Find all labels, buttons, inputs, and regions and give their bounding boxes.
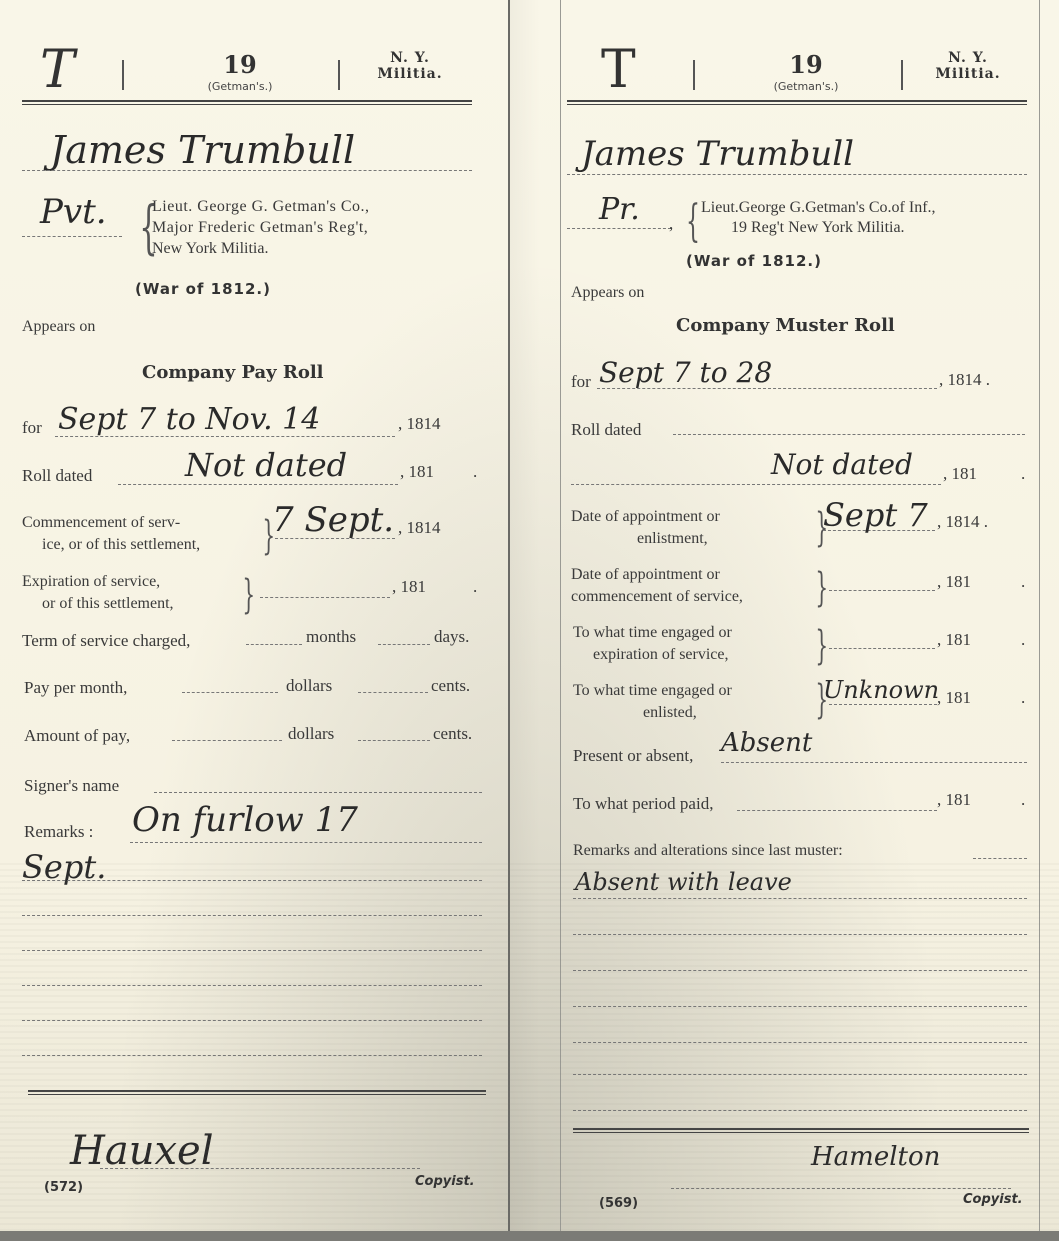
for-year: , 1814 . [939,370,990,390]
unit-line: Lieut.George G.Getman's Co.of Inf., [701,199,936,217]
state-militia: N. Y. Militia. [903,50,1033,82]
amount-dollars-line [172,740,282,741]
unit-line: 19 Reg't New York Militia. [731,219,905,237]
index-initial: T [601,40,636,100]
term-label: Term of service charged, [22,631,190,651]
remarks-line [573,1074,1027,1075]
regiment-name: (Getman's.) [726,80,886,93]
commencement-year: , 1814 [398,518,441,538]
for-label: for [22,418,42,438]
brace: } [242,575,255,615]
amount-label: Amount of pay, [24,726,130,746]
roll-dated-value: Not dated [185,446,347,484]
period-paid-year: , 181 [937,790,971,810]
remarks-line [573,1042,1027,1043]
remarks-line [22,950,482,951]
header-divider [693,60,695,90]
expiration-label: expiration of service, [593,646,729,664]
muster-roll-card: T 19 (Getman's.) N. Y. Militia. James Tr… [560,0,1040,1241]
form-number: (572) [44,1180,83,1195]
name-line [22,170,472,171]
card-gutter [510,0,560,1241]
comma: , [669,214,673,234]
expiration-year: , 181 [937,630,971,650]
period: . [473,577,477,597]
pay-per-month-label: Pay per month, [24,678,127,698]
footer-rule [573,1128,1029,1133]
roll-dated-line [571,484,941,485]
remarks-line [573,1110,1027,1111]
remarks-label: Remarks and alterations since last muste… [573,842,843,860]
cents-label: cents. [431,676,470,696]
period: . [1021,790,1025,810]
appointment-year: , 1814 . [937,512,988,532]
rank-line [22,236,122,237]
war-label: (War of 1812.) [686,252,822,270]
months-label: months [306,627,356,647]
months-line [246,644,302,645]
roll-dated-label: Roll dated [571,420,641,440]
regiment-name: (Getman's.) [160,80,320,93]
for-year: , 1814 [398,414,441,434]
brace: } [815,626,828,666]
for-value: Sept 7 to Nov. 14 [58,402,320,437]
roll-dated-year: , 181 [400,462,434,482]
appears-on-label: Appears on [571,284,644,302]
roll-dated-label: Roll dated [22,466,92,486]
for-value: Sept 7 to 28 [599,356,772,389]
appointment-value: Sept 7 [823,496,928,534]
pay-roll-card: T 19 (Getman's.) N. Y. Militia. James Tr… [0,0,510,1241]
dollars-label: dollars [288,724,334,744]
war-label: (War of 1812.) [135,280,271,298]
roll-title: Company Muster Roll [676,315,895,336]
footer-rule [28,1090,486,1095]
form-number: (569) [599,1196,638,1211]
copyist-label: Copyist. [963,1192,1023,1207]
remarks-value: On furlow 17 [132,800,358,840]
copyist-signature: Hamelton [811,1142,940,1172]
pay-dollars-line [182,692,278,693]
dollars-label: dollars [286,676,332,696]
remarks-label: Remarks : [24,822,93,842]
remarks-line [130,842,482,843]
present-absent-line [721,762,1027,763]
enlisted-value: Unknown [823,676,939,704]
roll-title: Company Pay Roll [142,362,324,383]
days-label: days. [434,627,469,647]
period: . [1021,464,1025,484]
commencement-value: 7 Sept. [272,500,394,540]
commencement-label: Commencement of serv- [22,514,180,532]
pay-cents-line [358,692,428,693]
regiment-number: 19 [726,50,886,79]
remarks-line [22,880,482,881]
header-divider [338,60,340,90]
amount-cents-line [358,740,430,741]
cents-label: cents. [433,724,472,744]
rank: Pr. [599,192,640,227]
commencement-label: Date of appointment or [571,566,720,584]
unit-line: Major Frederic Getman's Reg't, [152,219,368,237]
roll-dated-line [673,434,1025,435]
for-label: for [571,372,591,392]
period: . [1021,572,1025,592]
card-header: T 19 (Getman's.) N. Y. Militia. [561,40,1039,100]
card-header: T 19 (Getman's.) N. Y. Militia. [0,40,508,100]
name-line [567,174,1027,175]
expiration-line [260,597,390,598]
present-absent-label: Present or absent, [573,746,693,766]
state-militia: N. Y. Militia. [345,50,475,82]
unit-line: New York Militia. [152,240,268,258]
appointment-label: enlistment, [637,530,708,548]
regiment-number: 19 [160,50,320,79]
expiration-year: , 181 [392,577,426,597]
unit-brace: { [686,200,700,244]
commencement-label: commencement of service, [571,588,743,606]
signer-label: Signer's name [24,776,119,796]
period-paid-label: To what period paid, [573,794,713,814]
remarks-line [573,934,1027,935]
brace: } [815,568,828,608]
period-paid-line [737,810,937,811]
period: . [1021,688,1025,708]
commencement-label: ice, or of this settlement, [42,536,200,554]
commencement-line [829,590,935,591]
remarks-line [22,1020,482,1021]
header-rule [567,100,1027,105]
days-line [378,644,430,645]
enlisted-label: To what time engaged or [573,682,732,700]
remarks-line [22,1055,482,1056]
unit-line: Lieut. George G. Getman's Co., [152,198,370,216]
roll-dated-line [118,484,398,485]
expiration-label: To what time engaged or [573,624,732,642]
enlisted-line [829,704,937,705]
index-initial: T [40,40,75,100]
header-rule [22,100,472,105]
remarks-line [22,985,482,986]
copyist-label: Copyist. [415,1174,475,1189]
remarks-line [573,1006,1027,1007]
copyist-line [100,1168,420,1169]
expiration-line [829,648,935,649]
soldier-name: James Trumbull [50,128,355,172]
expiration-label: or of this settlement, [42,595,174,613]
commencement-year: , 181 [937,572,971,592]
period: . [473,462,477,482]
remarks-line [573,970,1027,971]
header-divider [122,60,124,90]
rank-line [567,228,671,229]
enlisted-year: , 181 [937,688,971,708]
soldier-name: James Trumbull [581,134,854,174]
scan-edge [0,1231,1059,1241]
enlisted-label: enlisted, [643,704,697,722]
appears-on-label: Appears on [22,318,95,336]
appointment-label: Date of appointment or [571,508,720,526]
present-absent-value: Absent [721,728,812,758]
copyist-line [671,1188,1011,1189]
roll-dated-year: , 181 [943,464,977,484]
roll-dated-value: Not dated [771,448,913,481]
expiration-label: Expiration of service, [22,573,160,591]
remarks-line [573,898,1027,899]
period: . [1021,630,1025,650]
remarks-line [22,915,482,916]
remarks-line [973,858,1027,859]
signer-line [154,792,482,793]
remarks-value: Absent with leave [575,868,792,896]
rank: Pvt. [40,192,107,232]
